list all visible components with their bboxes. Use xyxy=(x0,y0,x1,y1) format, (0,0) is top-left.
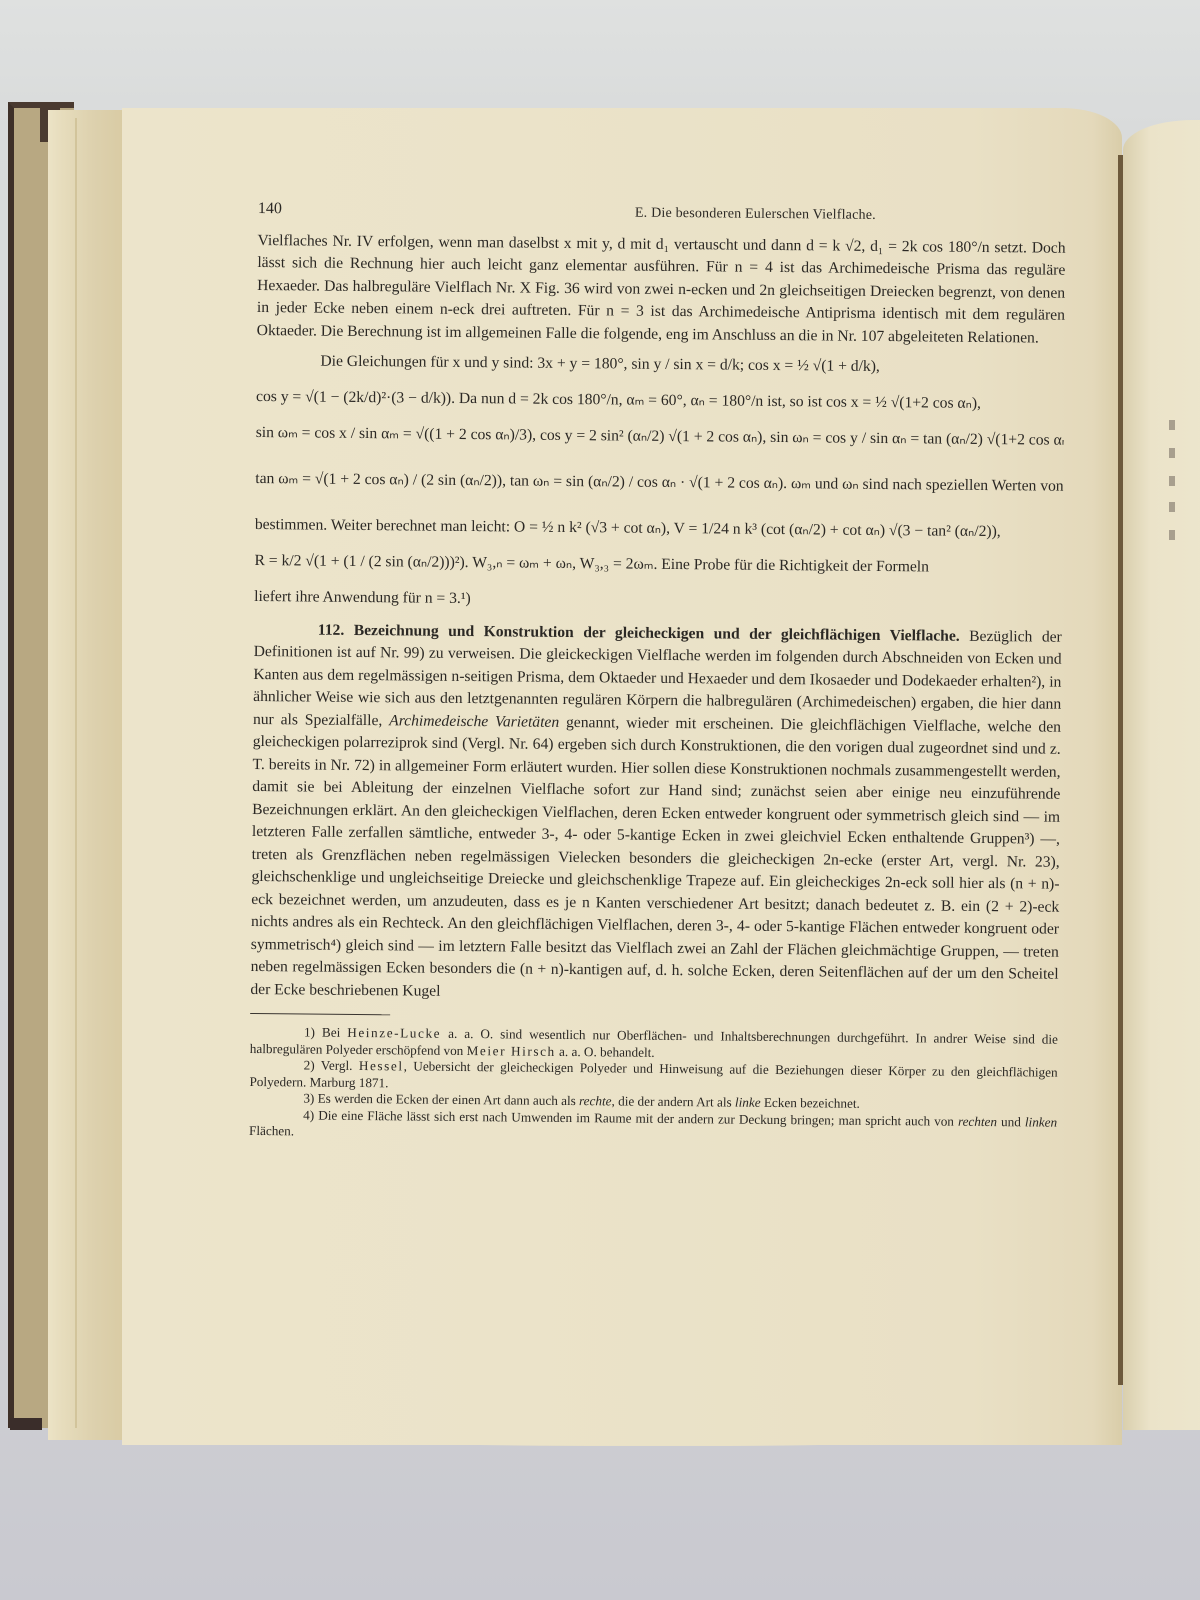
section-title: Bezeichnung und Konstruktion der gleiche… xyxy=(354,621,960,644)
bleed-through-mark xyxy=(1169,420,1175,430)
footnote-rule xyxy=(250,1013,390,1015)
running-head: E. Die besonderen Eulerschen Vielflache. xyxy=(635,203,876,228)
equation-line: bestimmen. Weiter berechnet man leicht: … xyxy=(255,508,1063,550)
book-cover-corner xyxy=(10,1418,42,1430)
equation-line: cos y = √(1 − (2k/d)²·(3 − d/k)). Da nun… xyxy=(256,380,1064,422)
equation-line: Die Gleichungen für x und y sind: 3x + y… xyxy=(256,344,1064,386)
author-name: Heinze-Lucke xyxy=(347,1025,441,1041)
equation-line: sin ωₘ = cos x / sin αₘ = √((1 + 2 cos α… xyxy=(256,416,1064,458)
section-112: 112. Bezeichnung und Konstruktion der gl… xyxy=(250,618,1062,1008)
page-edge-line xyxy=(75,118,77,1428)
section-body-italic: Archimedeische Varietäten xyxy=(389,712,559,731)
footnotes: 1) Bei Heinze-Lucke a. a. O. sind wesent… xyxy=(249,1024,1058,1147)
equation-line: liefert ihre Anwendung für n = 3.¹) xyxy=(254,586,1062,616)
author-name: Hessel xyxy=(359,1058,404,1073)
bleed-through-mark xyxy=(1169,448,1175,458)
equation-line: tan ωₘ = √(1 + 2 cos αₙ) / (2 sin (αₙ/2)… xyxy=(255,462,1063,504)
section-body: genannt, wieder mit erscheinen. Die glei… xyxy=(250,713,1061,999)
page-number: 140 xyxy=(258,198,282,221)
bleed-through-mark xyxy=(1169,476,1175,486)
paragraph-intro: Vielflaches Nr. IV erfolgen, wenn man da… xyxy=(257,229,1066,349)
section-number: 112. xyxy=(318,621,345,638)
bleed-through-mark xyxy=(1169,502,1175,512)
bleed-through-mark xyxy=(1169,530,1175,540)
author-name: Meier Hirsch xyxy=(467,1043,556,1059)
equation-line: R = k/2 √(1 + (1 / (2 sin (αₙ/2)))²). W₃… xyxy=(254,544,1062,586)
page-edges-stack xyxy=(48,110,123,1440)
page-text-block: 140 E. Die besonderen Eulerschen Vielfla… xyxy=(249,198,1066,1147)
right-page xyxy=(1123,120,1200,1430)
